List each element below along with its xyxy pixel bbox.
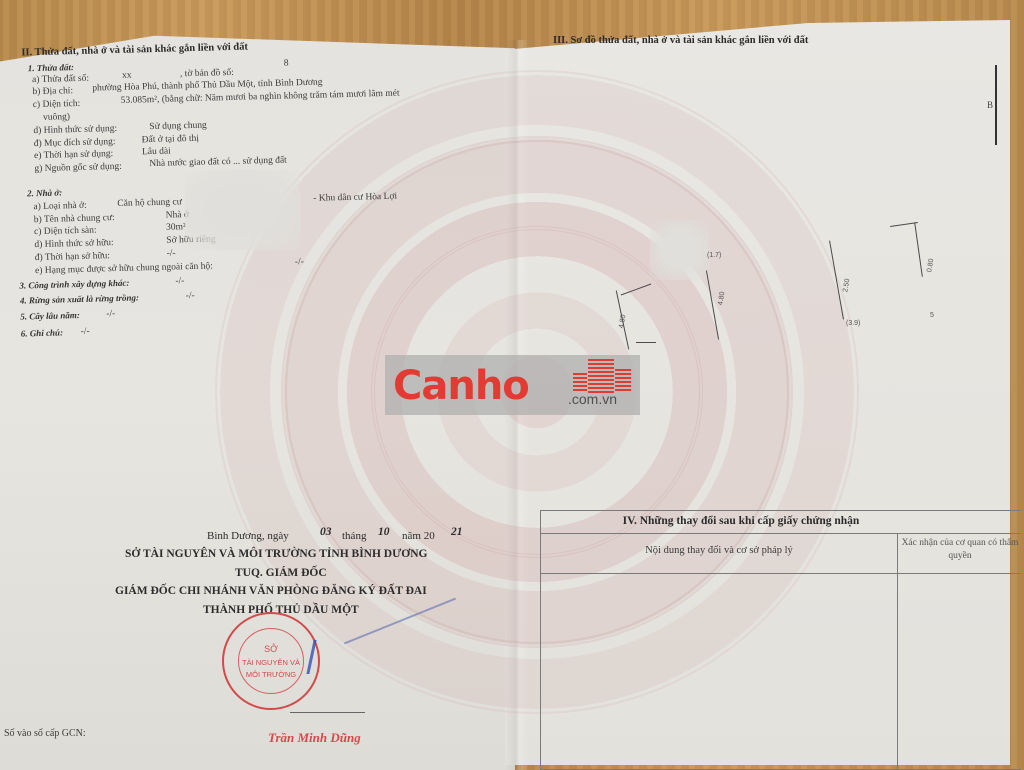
watermark-brand: Canho (393, 363, 529, 409)
house-area-name: - Khu dân cư Hòa Lợi (313, 192, 397, 204)
date-year-label: năm 20 (402, 530, 435, 542)
registry-number-label: Số vào sổ cấp GCN: (4, 728, 86, 739)
signer-name: Trần Minh Dũng (268, 730, 361, 746)
address-label: b) Địa chỉ: (32, 86, 73, 97)
planted-forest-label: 4. Rừng sản xuất là rừng trồng: (20, 292, 139, 305)
stamp-line-2: TÀI NGUYÊN VÀ (224, 658, 318, 667)
signer-position: GIÁM ĐỐC CHI NHÁNH VĂN PHÒNG ĐĂNG KÝ ĐẤT… (115, 585, 427, 597)
land-heading: 1. Thửa đất: (28, 62, 74, 73)
usage-form-value: Sử dụng chung (149, 121, 207, 132)
signature-underline (290, 712, 365, 713)
redacted-area (185, 170, 300, 250)
map-sheet-value: 8 (284, 58, 289, 68)
land-parcel-label: a) Thửa đất số: (32, 74, 89, 85)
perennial-trees-value: -/- (106, 309, 115, 319)
usage-term-label: e) Thời hạn sử dụng: (34, 149, 113, 161)
usage-form-label: d) Hình thức sử dụng: (33, 124, 117, 136)
floor-area-value: 30m² (166, 222, 186, 233)
watermark-domain: .com.vn (568, 391, 617, 407)
date-year-suffix: 21 (451, 526, 463, 538)
stamp-line-3: MÔI TRƯỜNG (224, 670, 318, 679)
changes-table-title: IV. Những thay đổi sau khi cấp giấy chứn… (541, 515, 941, 527)
ownership-form-label: d) Hình thức sở hữu: (34, 238, 113, 250)
shared-items-value: -/- (295, 257, 304, 267)
date-prefix: Bình Dương, ngày (207, 530, 289, 542)
table-column-divider (897, 533, 898, 769)
building-logo-icon (573, 359, 631, 393)
shared-items-label: e) Hạng mục được sở hữu chung ngoài căn … (35, 262, 213, 277)
changes-table: IV. Những thay đổi sau khi cấp giấy chứn… (540, 510, 1021, 770)
ownership-term-value: -/- (167, 248, 176, 258)
date-month: 10 (378, 526, 390, 538)
official-red-stamp: SỞ TÀI NGUYÊN VÀ MÔI TRƯỜNG (222, 612, 320, 710)
area-label: c) Diện tích: (33, 99, 81, 110)
planted-forest-value: -/- (186, 291, 195, 301)
ownership-term-label: đ) Thời hạn sở hữu: (35, 251, 110, 263)
notes-label: 6. Ghi chú: (21, 327, 64, 338)
usage-purpose-label: đ) Mục đích sử dụng: (34, 137, 116, 149)
canho-watermark: Canho .com.vn (385, 355, 640, 415)
section-iii-title: III. Sơ đồ thửa đất, nhà ở và tài sản kh… (553, 35, 808, 46)
north-arrow-line (995, 65, 997, 145)
perennial-trees-label: 5. Cây lâu năm: (20, 310, 80, 322)
redacted-area-right (650, 220, 710, 280)
map-sheet-label: , tờ bản đồ số: (180, 68, 234, 79)
column-header-authority-confirmation: Xác nhận của cơ quan có thẩm quyền (901, 537, 1019, 563)
house-type-value: Căn hộ chung cư (117, 197, 182, 209)
area-value-continuation: vuông) (43, 112, 70, 123)
notes-value: -/- (81, 327, 90, 337)
land-parcel-value: xx (122, 71, 132, 81)
column-header-change-content: Nội dung thay đổi và cơ sở pháp lý (541, 545, 897, 556)
date-month-label: tháng (342, 530, 366, 542)
usage-origin-label: g) Nguồn gốc sử dụng: (34, 162, 122, 174)
changes-table-column-headers: Nội dung thay đổi và cơ sở pháp lý Xác n… (541, 533, 1021, 574)
other-construction-label: 3. Công trình xây dựng khác: (19, 278, 129, 291)
north-marker: B (987, 100, 993, 110)
other-construction-value: -/- (175, 276, 184, 286)
usage-purpose-value: Đất ở tại đô thị (142, 134, 200, 145)
issuing-agency: SỞ TÀI NGUYÊN VÀ MÔI TRƯỜNG TỈNH BÌNH DƯ… (125, 548, 427, 560)
date-day: 03 (320, 526, 332, 538)
on-behalf-of: TUQ. GIÁM ĐỐC (235, 567, 327, 579)
stamp-line-1: SỞ (224, 644, 318, 654)
house-type-label: a) Loại nhà ở: (33, 201, 87, 212)
usage-term-value: Lâu dài (142, 147, 171, 158)
apartment-name-label: b) Tên nhà chung cư: (34, 213, 115, 225)
changes-table-header: IV. Những thay đổi sau khi cấp giấy chứn… (541, 511, 1021, 534)
floor-area-label: c) Diện tích sàn: (34, 226, 97, 238)
house-heading: 2. Nhà ở: (27, 187, 62, 198)
usage-origin-value: Nhà nước giao đất có ... sử dụng đất (149, 156, 287, 170)
section-ii-title: II. Thửa đất, nhà ở và tài sản khác gắn … (21, 42, 248, 59)
